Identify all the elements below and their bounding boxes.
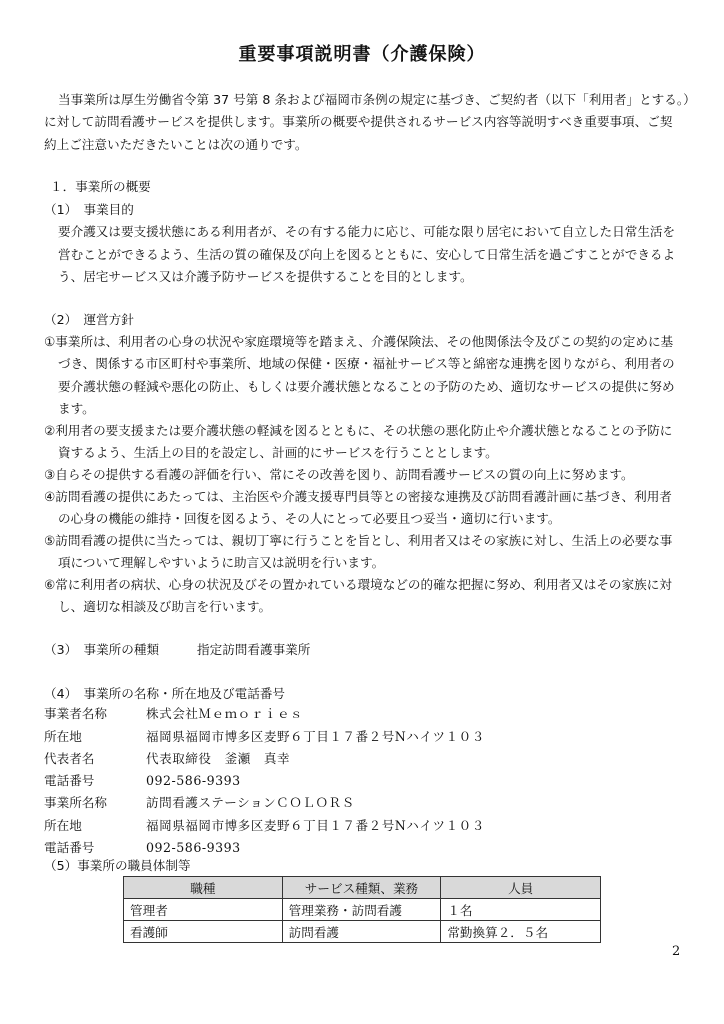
policy-line: ②利用者の要支援または要介護状態の軽減を図るとともに、その状態の悪化防止や介護状… (44, 423, 672, 439)
policy-line: ⑤訪問看護の提供に当たっては、親切丁寧に行うことを旨とし、利用者又はその家族に対… (44, 533, 672, 549)
policy-line: ③自らその提供する看護の評価を行い、常にその改善を図り、訪問看護サービスの質の向… (44, 467, 634, 483)
page-number: 2 (672, 944, 680, 959)
intro-line: に対して訪問看護サービスを提供します。事業所の概要や提供されるサービス内容等説明… (44, 114, 672, 130)
table-cell: 看護師 (124, 921, 283, 943)
info-label: 所在地 (44, 818, 82, 834)
info-value: 福岡県福岡市博多区麦野６丁目１７番２号Nハイツ１０３ (146, 729, 485, 745)
purpose-line: う、居宅サービス又は介護予防サービスを提供することを目的とします。 (58, 269, 473, 285)
column-header: 職種 (124, 877, 283, 899)
table-cell: 訪問看護 (282, 921, 441, 943)
table-cell: 管理業務・訪問看護 (282, 899, 441, 921)
policy-line: ④訪問看護の提供にあたっては、主治医や介護支援専門員等との密接な連携及び訪問看護… (44, 489, 672, 505)
subsection-heading-contact: （4） 事業所の名称・所在地及び電話番号 (44, 686, 285, 702)
info-label: 電話番号 (44, 840, 94, 856)
policy-line: 要介護状態の軽減や悪化の防止、もしくは要介護状態となることの予防のため、適切なサ… (58, 379, 675, 395)
purpose-line: 要介護又は要支援状態にある利用者が、その有する能力に応じ、可能な限り居宅において… (58, 224, 675, 240)
subsection-heading-type: （3） 事業所の種類 (44, 642, 159, 658)
policy-line: 項について理解しやすいように助言又は説明を行います。 (58, 555, 384, 571)
policy-line: ⑥常に利用者の病状、心身の状況及びその置かれている環境などの的確な把握に努め、利… (44, 577, 672, 593)
info-label: 所在地 (44, 729, 82, 745)
table-cell: １名 (441, 899, 601, 921)
info-label: 事業者名称 (44, 706, 107, 722)
section-heading: １．事業所の概要 (50, 179, 151, 195)
facility-type-value: 指定訪問看護事業所 (197, 642, 310, 658)
intro-line: 約上ご注意いただきたいことは次の通りです。 (44, 137, 307, 153)
info-label: 事業所名称 (44, 795, 107, 811)
subsection-heading-staff: （5）事業所の職員体制等 (44, 858, 191, 874)
info-value: 代表取締役 釜瀬 真幸 (146, 751, 290, 767)
table-header-row: 職種 サービス種類、業務 人員 (124, 877, 601, 899)
info-value: 訪問看護ステーションＣＯＬＯＲＳ (146, 795, 355, 811)
info-label: 電話番号 (44, 773, 94, 789)
policy-line: づき、関係する市区町村や事業所、地域の保健・医療・福祉サービス等と綿密な連携を図… (58, 356, 675, 372)
table-cell: 常勤換算２．５名 (441, 921, 601, 943)
table-row: 管理者 管理業務・訪問看護 １名 (124, 899, 601, 921)
staff-table: 職種 サービス種類、業務 人員 管理者 管理業務・訪問看護 １名 看護師 訪問看… (123, 876, 601, 943)
purpose-line: 営むことができるよう、生活の質の確保及び向上を図るとともに、安心して日常生活を過… (58, 247, 675, 263)
column-header: サービス種類、業務 (282, 877, 441, 899)
column-header: 人員 (441, 877, 601, 899)
info-value: 092-586-9393 (146, 840, 241, 856)
intro-line: 当事業所は厚生労働省令第 37 号第 8 条および福岡市条例の規定に基づき、ご契… (58, 92, 696, 108)
info-value: 福岡県福岡市博多区麦野６丁目１７番２号Nハイツ１０３ (146, 818, 485, 834)
subsection-heading-purpose: （1） 事業目的 (44, 202, 134, 218)
info-value: 092-586-9393 (146, 773, 241, 789)
policy-line: ①事業所は、利用者の心身の状況や家庭環境等を踏まえ、介護保険法、その他関係法令及… (44, 334, 673, 350)
policy-line: ます。 (58, 401, 95, 417)
policy-line: 資するよう、生活上の目的を設定し、計画的にサービスを行うこととします。 (58, 445, 498, 461)
info-value: 株式会社Ｍｅｍｏｒｉｅｓ (146, 706, 303, 722)
document-page: 重要事項説明書（介護保険） 当事業所は厚生労働省令第 37 号第 8 条および福… (0, 0, 724, 1024)
document-title: 重要事項説明書（介護保険） (0, 40, 724, 66)
policy-line: の心身の機能の維持・回復を図るよう、その人にとって必要且つ妥当・適切に行います。 (58, 511, 561, 527)
table-cell: 管理者 (124, 899, 283, 921)
subsection-heading-policy: （2） 運営方針 (44, 312, 134, 328)
info-label: 代表者名 (44, 751, 94, 767)
table-row: 看護師 訪問看護 常勤換算２．５名 (124, 921, 601, 943)
policy-line: し、適切な相談及び助言を行います。 (58, 599, 271, 615)
